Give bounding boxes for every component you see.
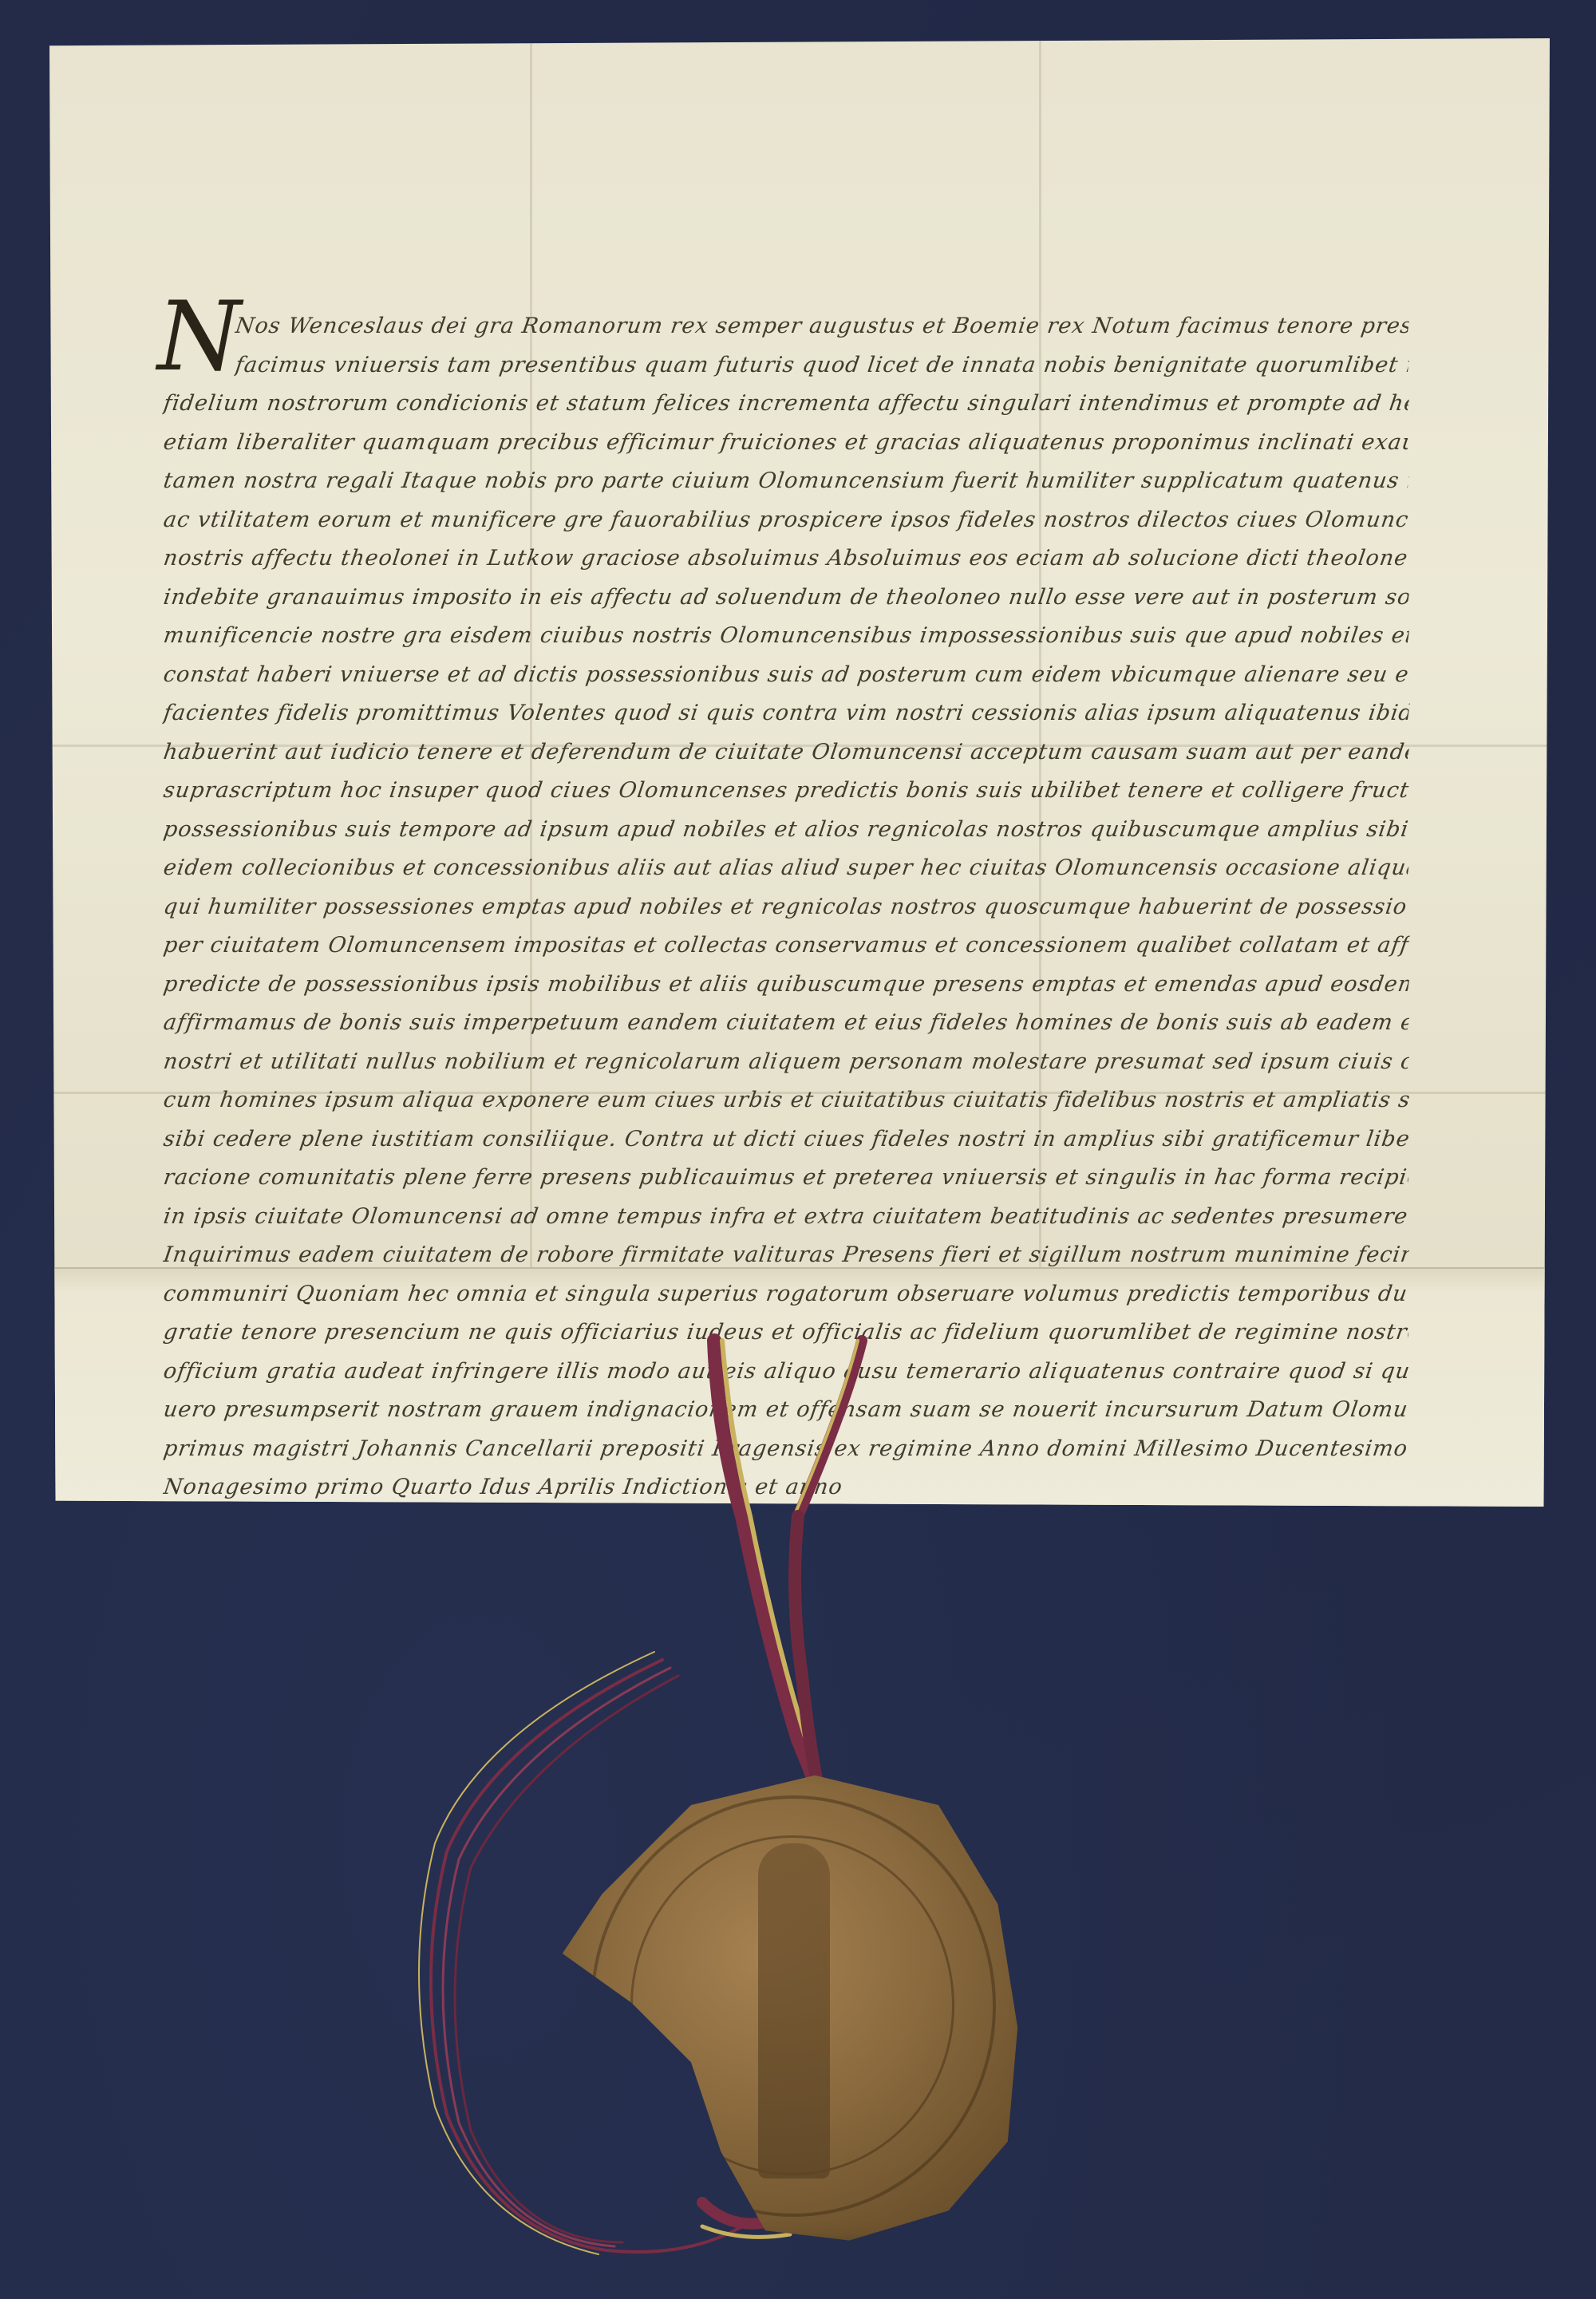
seal-enthroned-figure	[758, 1843, 830, 2179]
